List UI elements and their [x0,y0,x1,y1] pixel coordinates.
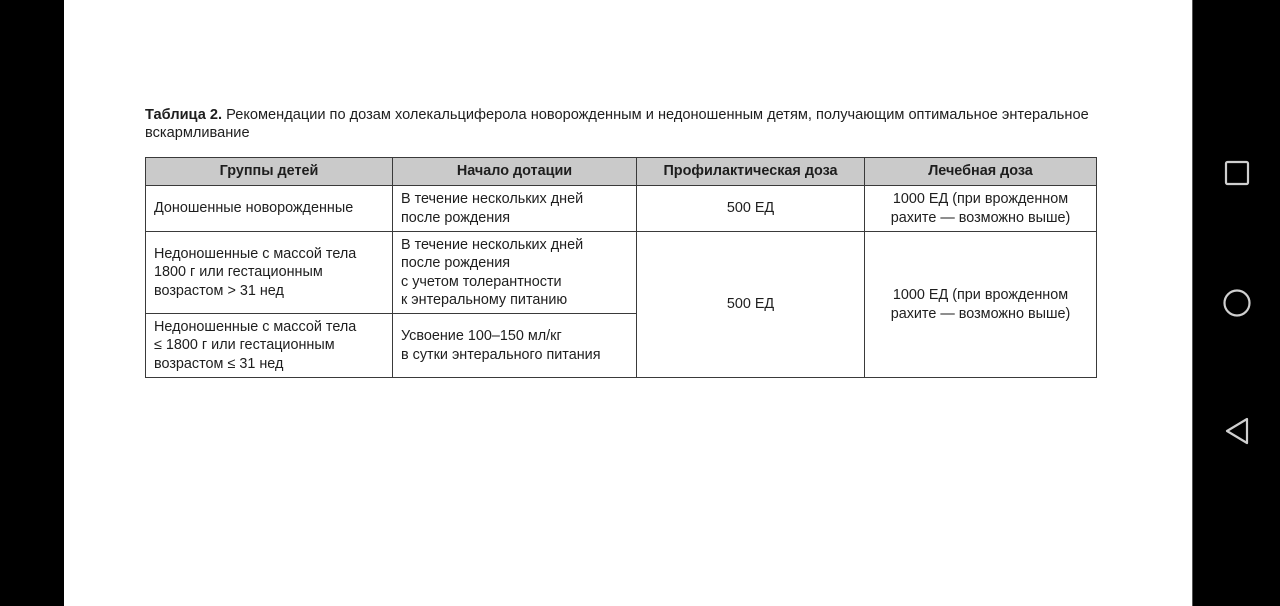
cell-group: Недоношенные с массой тела ≤ 1800 г или … [146,314,393,378]
document-page: Таблица 2. Рекомендации по дозам холекал… [64,0,1192,606]
table-caption: Таблица 2. Рекомендации по дозам холекал… [145,106,1105,142]
cell-therapeutic-dose: 1000 ЕД (при врожденном рахите — возможн… [865,232,1097,378]
cell-prophylactic-dose: 500 ЕД [637,232,865,378]
screen: Таблица 2. Рекомендации по дозам холекал… [0,0,1280,606]
cell-prophylactic-dose: 500 ЕД [637,186,865,232]
header-prophylactic-dose: Профилактическая доза [637,158,865,186]
cell-start: В течение нескольких дней после рождения [393,186,637,232]
dose-table: Группы детей Начало дотации Профилактиче… [145,157,1097,378]
cell-group: Доношенные новорожденные [146,186,393,232]
home-button[interactable] [1193,273,1280,333]
cell-start: В течение нескольких дней после рождения… [393,232,637,314]
caption-text: Рекомендации по дозам холекальциферола н… [145,107,1089,141]
triangle-back-icon [1223,416,1251,446]
cell-group: Недоношенные с массой тела 1800 г или ге… [146,232,393,314]
circle-icon [1222,288,1252,318]
cell-start: Усвоение 100–150 мл/кг в сутки энтеральн… [393,314,637,378]
android-nav-bar [1192,0,1280,606]
header-start: Начало дотации [393,158,637,186]
cell-therapeutic-dose: 1000 ЕД (при врожденном рахите — возможн… [865,186,1097,232]
square-icon [1224,160,1250,186]
table-header-row: Группы детей Начало дотации Профилактиче… [146,158,1097,186]
table-row: Доношенные новорожденные В течение неско… [146,186,1097,232]
header-therapeutic-dose: Лечебная доза [865,158,1097,186]
back-button[interactable] [1193,401,1280,461]
caption-label: Таблица 2. [145,107,222,123]
recents-button[interactable] [1193,143,1280,203]
header-groups: Группы детей [146,158,393,186]
table-row: Недоношенные с массой тела 1800 г или ге… [146,232,1097,314]
